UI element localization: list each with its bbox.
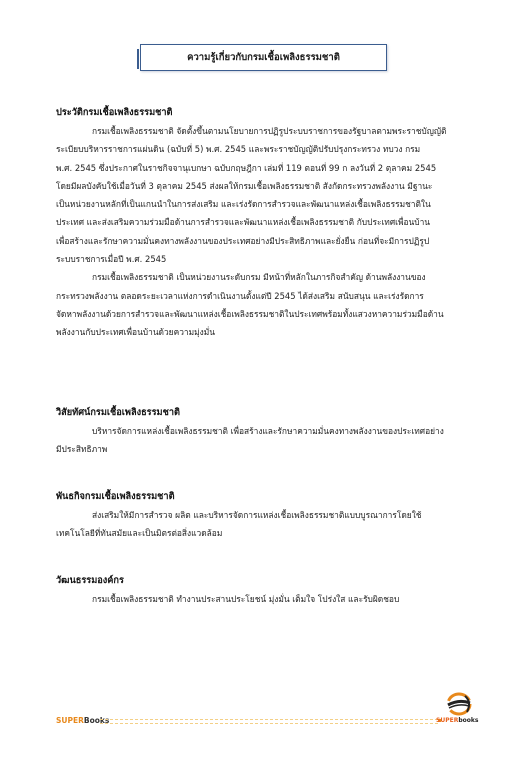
section-heading-mission: พันธกิจกรมเชื้อเพลิงธรรมชาติ (56, 488, 496, 506)
culture-paragraph: กรมเชื้อเพลิงธรรมชาติ ทำงานประสานประโยชน… (56, 590, 496, 608)
logo-text-super: SUPER (436, 717, 458, 724)
history-paragraph-1: กรมเชื้อเพลิงธรรมชาติ จัดตั้งขึ้นตามนโยบ… (56, 122, 496, 268)
section-culture: วัฒนธรรมองค์กร กรมเชื้อเพลิงธรรมชาติ ทำง… (56, 572, 496, 608)
text-line: เพื่อสร้างและรักษาความมั่นคงทางพลังงานขอ… (56, 232, 496, 250)
text-line: ระเบียบบริหารราชการแผ่นดิน (ฉบับที่ 5) พ… (56, 140, 496, 158)
footer-dashed-divider (100, 719, 438, 724)
section-heading-culture: วัฒนธรรมองค์กร (56, 572, 496, 590)
document-title: ความรู้เกี่ยวกับกรมเชื้อเพลิงธรรมชาติ (187, 50, 340, 65)
history-paragraph-2: กรมเชื้อเพลิงธรรมชาติ เป็นหน่วยงานระดับก… (56, 268, 496, 341)
text-line: ระบบราชการเมื่อปี พ.ศ. 2545 (56, 250, 496, 268)
text-line: กรมเชื้อเพลิงธรรมชาติ เป็นหน่วยงานระดับก… (56, 268, 496, 286)
text-line: เป็นหน่วยงานหลักที่เป็นแกนนำในการส่งเสริ… (56, 195, 496, 213)
section-vision: วิสัยทัศน์กรมเชื้อเพลิงธรรมชาติ บริหารจั… (56, 404, 496, 459)
vision-paragraph: บริหารจัดการแหล่งเชื้อเพลิงธรรมชาติ เพื่… (56, 422, 496, 459)
text-line: ประเทศ และส่งเสริมความร่วมมือด้านการสำรว… (56, 213, 496, 231)
text-line: กรมเชื้อเพลิงธรรมชาติ จัดตั้งขึ้นตามนโยบ… (56, 122, 496, 140)
text-line: มีประสิทธิภาพ (56, 440, 496, 458)
section-heading-history: ประวัติกรมเชื้อเพลิงธรรมชาติ (56, 104, 496, 122)
logo-text-books: books (458, 717, 478, 724)
section-heading-vision: วิสัยทัศน์กรมเชื้อเพลิงธรรมชาติ (56, 404, 496, 422)
section-mission: พันธกิจกรมเชื้อเพลิงธรรมชาติ ส่งเสริมให้… (56, 488, 496, 543)
text-line: กรมเชื้อเพลิงธรรมชาติ ทำงานประสานประโยชน… (56, 590, 496, 608)
text-line: จัดหาพลังงานด้วยการสำรวจและพัฒนาแหล่งเชื… (56, 305, 496, 323)
superbooks-logo-icon (441, 692, 477, 716)
text-line: พลังงานกับประเทศเพื่อนบ้านด้วยความมุ่งมั… (56, 323, 496, 341)
text-line: โดยมีผลบังคับใช้เมื่อวันที่ 3 ตุลาคม 254… (56, 177, 496, 195)
text-line: พ.ศ. 2545 ซึ่งประกาศในราชกิจจานุเบกษา ฉบ… (56, 159, 496, 177)
text-line: เทคโนโลยีที่ทันสมัยและเป็นมิตรต่อสิ่งแวด… (56, 524, 496, 542)
text-line: บริหารจัดการแหล่งเชื้อเพลิงธรรมชาติ เพื่… (56, 422, 496, 440)
text-line: กระทรวงพลังงาน ตลอดระยะเวลาแห่งการดำเนิน… (56, 287, 496, 305)
superbooks-logo-text: SUPERbooks (436, 717, 478, 724)
text-line: ส่งเสริมให้มีการสำรวจ ผลิต และบริหารจัดก… (56, 506, 496, 524)
document-title-box: ความรู้เกี่ยวกับกรมเชื้อเพลิงธรรมชาติ (140, 44, 387, 71)
section-history: ประวัติกรมเชื้อเพลิงธรรมชาติ กรมเชื้อเพล… (56, 104, 496, 342)
footer-brand-super: SUPER (56, 716, 84, 725)
mission-paragraph: ส่งเสริมให้มีการสำรวจ ผลิต และบริหารจัดก… (56, 506, 496, 543)
